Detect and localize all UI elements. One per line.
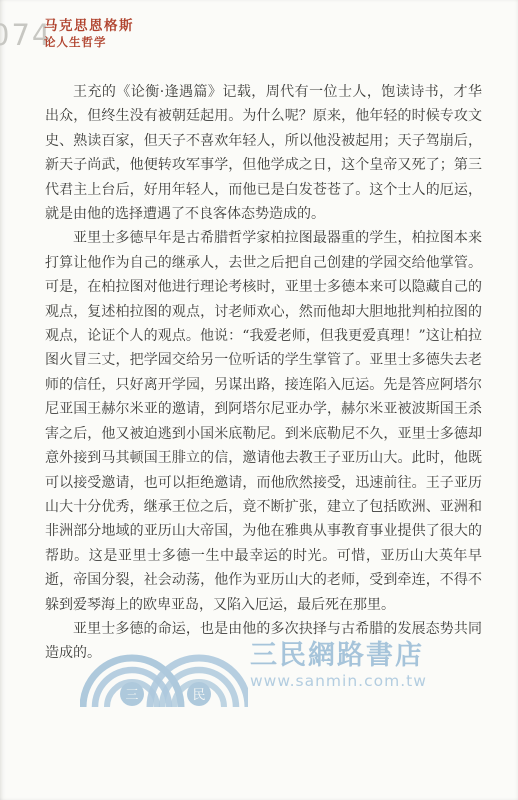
- body-paragraph: 王充的《论衡·逢遇篇》记载，周代有一位士人，饱读诗书，才华出众，但终生没有被朝廷…: [45, 80, 482, 226]
- logo-char-min: 民: [192, 688, 205, 703]
- body-paragraph: 亚里士多德的命运，也是由他的多次抉择与古希腊的发展态势共同造成的。: [45, 617, 482, 666]
- book-subtitle: 论人生哲学: [44, 37, 134, 49]
- watermark-url: www.sanmin.com.tw: [250, 672, 427, 690]
- book-series-title: 马克思恩格斯: [44, 20, 134, 34]
- logo-char-san: 三: [125, 688, 138, 703]
- book-page: 074 马克思恩格斯 论人生哲学 王充的《论衡·逢遇篇》记载，周代有一位士人，饱…: [0, 0, 518, 800]
- body-paragraph: 亚里士多德早年是古希腊哲学家柏拉图最器重的学生，柏拉图本来打算让他作为自己的继承…: [45, 226, 482, 617]
- book-header: 马克思恩格斯 论人生哲学: [44, 20, 134, 48]
- body-text: 王充的《论衡·逢遇篇》记载，周代有一位士人，饱读诗书，才华出众，但终生没有被朝廷…: [45, 80, 482, 666]
